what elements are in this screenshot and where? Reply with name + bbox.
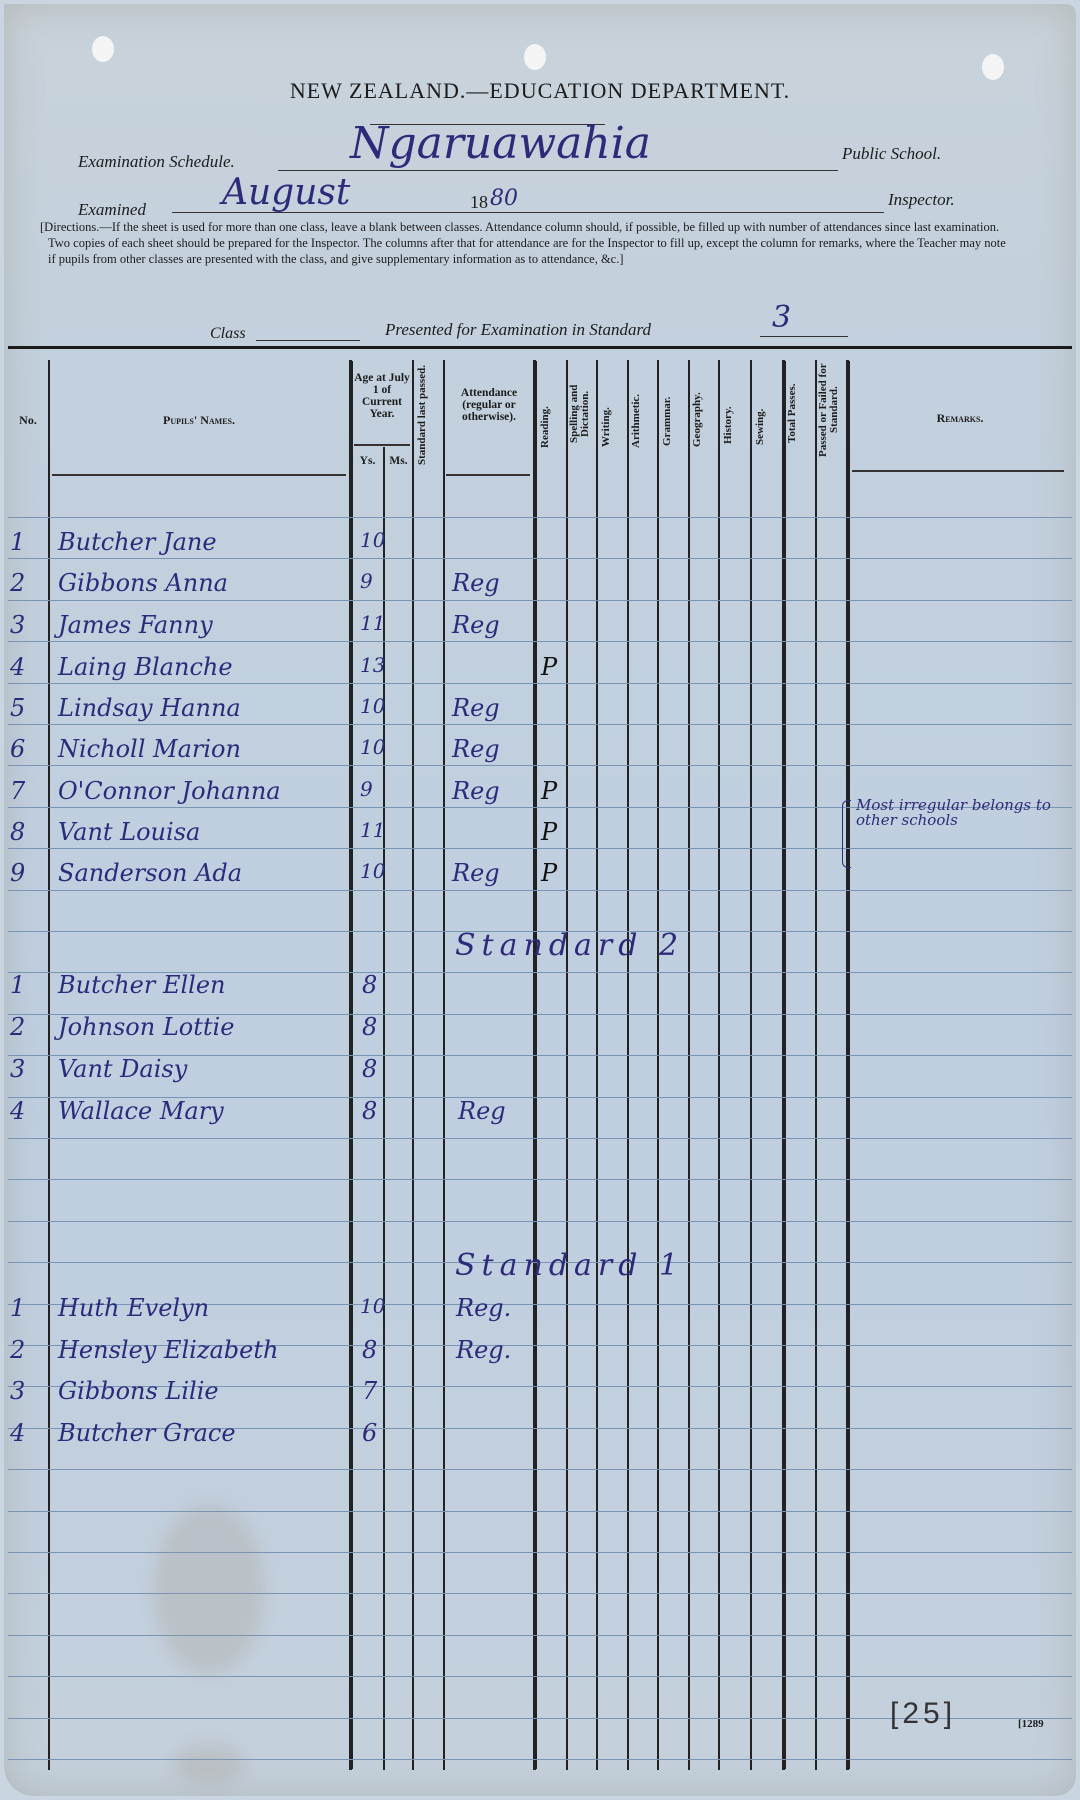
row-no: 1	[10, 1294, 25, 1322]
punch-hole	[92, 36, 114, 62]
row-no: 1	[10, 971, 25, 999]
header-arithmetic: Arithmetic.	[631, 380, 653, 462]
header-attendance: Attendance (regular or otherwise).	[446, 387, 532, 423]
row-no: 2	[10, 569, 25, 597]
row-no: 4	[10, 1419, 25, 1447]
paper-stain	[154, 1504, 264, 1674]
header-no: No.	[10, 414, 46, 426]
header-standard-last-passed: Standard last passed.	[417, 365, 441, 465]
row-name: Vant Daisy	[58, 1055, 187, 1083]
row-no: 9	[10, 859, 25, 887]
row-name: Huth Evelyn	[58, 1294, 209, 1322]
schedule-label: Examination Schedule.	[78, 152, 235, 172]
public-school-label: Public School.	[842, 144, 941, 164]
row-age-years: 13	[360, 653, 385, 677]
group-label-standard-2: Standard 2	[455, 928, 684, 963]
row-no: 1	[10, 528, 25, 556]
row-reading-mark: P	[541, 818, 557, 846]
row-no: 2	[10, 1336, 25, 1364]
row-name: Wallace Mary	[58, 1097, 224, 1125]
row-no: 2	[10, 1013, 25, 1041]
group-label-standard-1: Standard 1	[455, 1248, 684, 1283]
row-no: 3	[10, 1377, 25, 1405]
row-no: 4	[10, 1097, 25, 1125]
row-name: Sanderson Ada	[58, 859, 242, 887]
header-passed-failed: Passed or Failed for Standard.	[818, 360, 844, 460]
header-sewing: Sewing.	[755, 392, 777, 462]
table-row: 1Butcher Jane10	[0, 522, 1080, 562]
row-age-years: 8	[362, 1013, 377, 1041]
row-age-years: 7	[362, 1377, 377, 1405]
row-age-years: 11	[360, 611, 385, 635]
school-name-field: Ngaruawahia	[350, 118, 651, 169]
table-row: 1Huth Evelyn10Reg.	[0, 1288, 1080, 1328]
row-age-years: 8	[362, 1097, 377, 1125]
table-row: 3James Fanny11Reg	[0, 605, 1080, 645]
table-row: 3Vant Daisy8	[0, 1049, 1080, 1089]
punch-hole	[982, 54, 1004, 80]
examined-year-printed: 18	[470, 192, 488, 213]
ruled-line	[8, 1676, 1072, 1677]
presented-label: Presented for Examination in Standard	[385, 320, 651, 340]
row-no: 6	[10, 735, 25, 763]
header-spelling-dictation: Spelling and Dictation.	[569, 365, 595, 462]
table-row: 2Hensley Elizabeth8Reg.	[0, 1330, 1080, 1370]
row-attendance: Reg	[452, 859, 500, 887]
row-age-years: 10	[360, 1294, 385, 1318]
header-grammar: Grammar.	[662, 380, 684, 462]
row-attendance: Reg	[452, 611, 500, 639]
class-label: Class	[210, 325, 246, 343]
row-attendance: Reg	[452, 694, 500, 722]
row-attendance: Reg.	[456, 1336, 511, 1364]
ruled-line	[8, 1469, 1072, 1470]
presented-standard-field: 3	[772, 300, 791, 335]
row-no: 3	[10, 611, 25, 639]
ruled-line	[8, 1635, 1072, 1636]
row-no: 8	[10, 818, 25, 846]
row-name: Gibbons Anna	[58, 569, 228, 597]
row-age-years: 10	[360, 528, 385, 552]
header-age-years: Ys.	[352, 455, 383, 467]
punch-hole	[524, 44, 546, 70]
row-name: Vant Louisa	[58, 818, 200, 846]
row-name: James Fanny	[58, 611, 213, 639]
examined-year-field: 80	[490, 186, 518, 211]
header-rule	[52, 474, 346, 476]
ruled-line	[8, 1221, 1072, 1222]
row-age-years: 10	[360, 735, 385, 759]
table-row: 4Laing Blanche13P	[0, 647, 1080, 687]
row-name: Hensley Elizabeth	[58, 1336, 278, 1364]
school-name-line	[278, 170, 838, 171]
standard-field-line	[760, 336, 848, 337]
table-row: 2Johnson Lottie8	[0, 1007, 1080, 1047]
row-name: Gibbons Lilie	[58, 1377, 219, 1405]
row-age-years: 8	[362, 1055, 377, 1083]
header-rule	[852, 470, 1064, 472]
row-age-years: 11	[360, 818, 385, 842]
directions-text: [Directions.—If the sheet is used for mo…	[40, 219, 1016, 267]
page-title: NEW ZEALAND.—EDUCATION DEPARTMENT.	[0, 78, 1080, 104]
row-name: Butcher Grace	[58, 1419, 236, 1447]
table-row: 6Nicholl Marion10Reg	[0, 729, 1080, 769]
table-row: 2Gibbons Anna9Reg	[0, 563, 1080, 603]
table-row: 5Lindsay Hanna10Reg	[0, 688, 1080, 728]
ruled-line	[8, 1759, 1072, 1760]
row-age-years: 10	[360, 859, 385, 883]
row-reading-mark: P	[541, 859, 557, 887]
row-no: 3	[10, 1055, 25, 1083]
row-name: Johnson Lottie	[58, 1013, 234, 1041]
row-age-years: 8	[362, 971, 377, 999]
class-field-line	[256, 340, 360, 341]
remark-text: Most irregular belongs to other schools	[856, 798, 1056, 828]
header-geography: Geography.	[692, 378, 714, 462]
form-number: [1289	[1018, 1718, 1044, 1730]
examined-label: Examined	[78, 200, 146, 220]
row-no: 5	[10, 694, 25, 722]
paper-stain	[174, 1744, 244, 1784]
table-row: 1Butcher Ellen8	[0, 965, 1080, 1005]
table-row: 3Gibbons Lilie7	[0, 1371, 1080, 1411]
row-reading-mark: P	[541, 653, 557, 681]
row-no: 7	[10, 777, 25, 805]
row-attendance: Reg	[452, 735, 500, 763]
age-subrule	[354, 444, 410, 446]
header-remarks: Remarks.	[850, 412, 1070, 424]
row-no: 4	[10, 653, 25, 681]
row-name: O'Connor Johanna	[58, 777, 281, 805]
row-reading-mark: P	[541, 777, 557, 805]
row-attendance: Reg	[452, 777, 500, 805]
row-age-years: 10	[360, 694, 385, 718]
row-name: Butcher Jane	[58, 528, 217, 556]
header-rule	[446, 474, 530, 476]
page-number: [25]	[890, 1697, 956, 1731]
header-history: History.	[723, 388, 745, 462]
ruled-line	[8, 1552, 1072, 1553]
table-row: 4Butcher Grace6	[0, 1413, 1080, 1453]
header-age: Age at July 1 of Current Year.	[352, 372, 412, 420]
table-row: 9Sanderson Ada10RegP	[0, 853, 1080, 893]
header-writing: Writing.	[601, 392, 623, 462]
row-age-years: 8	[362, 1336, 377, 1364]
header-total-passes: Total Passes.	[787, 365, 811, 462]
header-reading: Reading.	[540, 392, 562, 462]
ruled-line	[8, 517, 1072, 518]
row-name: Butcher Ellen	[58, 971, 225, 999]
table-row: 4Wallace Mary8Reg	[0, 1091, 1080, 1131]
table-top-rule	[8, 346, 1072, 349]
row-name: Laing Blanche	[58, 653, 233, 681]
inspector-label: Inspector.	[888, 190, 955, 210]
header-pupils-names: Pupils' Names.	[52, 414, 346, 426]
row-attendance: Reg.	[456, 1294, 511, 1322]
row-name: Nicholl Marion	[58, 735, 241, 763]
row-attendance: Reg	[458, 1097, 506, 1125]
row-age-years: 9	[360, 777, 373, 801]
ruled-line	[8, 1511, 1072, 1512]
ruled-line	[8, 1138, 1072, 1139]
remark-bracket	[842, 800, 851, 868]
row-attendance: Reg	[452, 569, 500, 597]
ruled-line	[8, 1593, 1072, 1594]
ruled-line	[8, 1179, 1072, 1180]
row-age-years: 9	[360, 569, 373, 593]
examined-month-field: August	[222, 172, 350, 213]
row-age-years: 6	[362, 1419, 377, 1447]
row-name: Lindsay Hanna	[58, 694, 241, 722]
schedule-sheet	[4, 4, 1076, 1796]
header-age-months: Ms.	[385, 455, 412, 467]
